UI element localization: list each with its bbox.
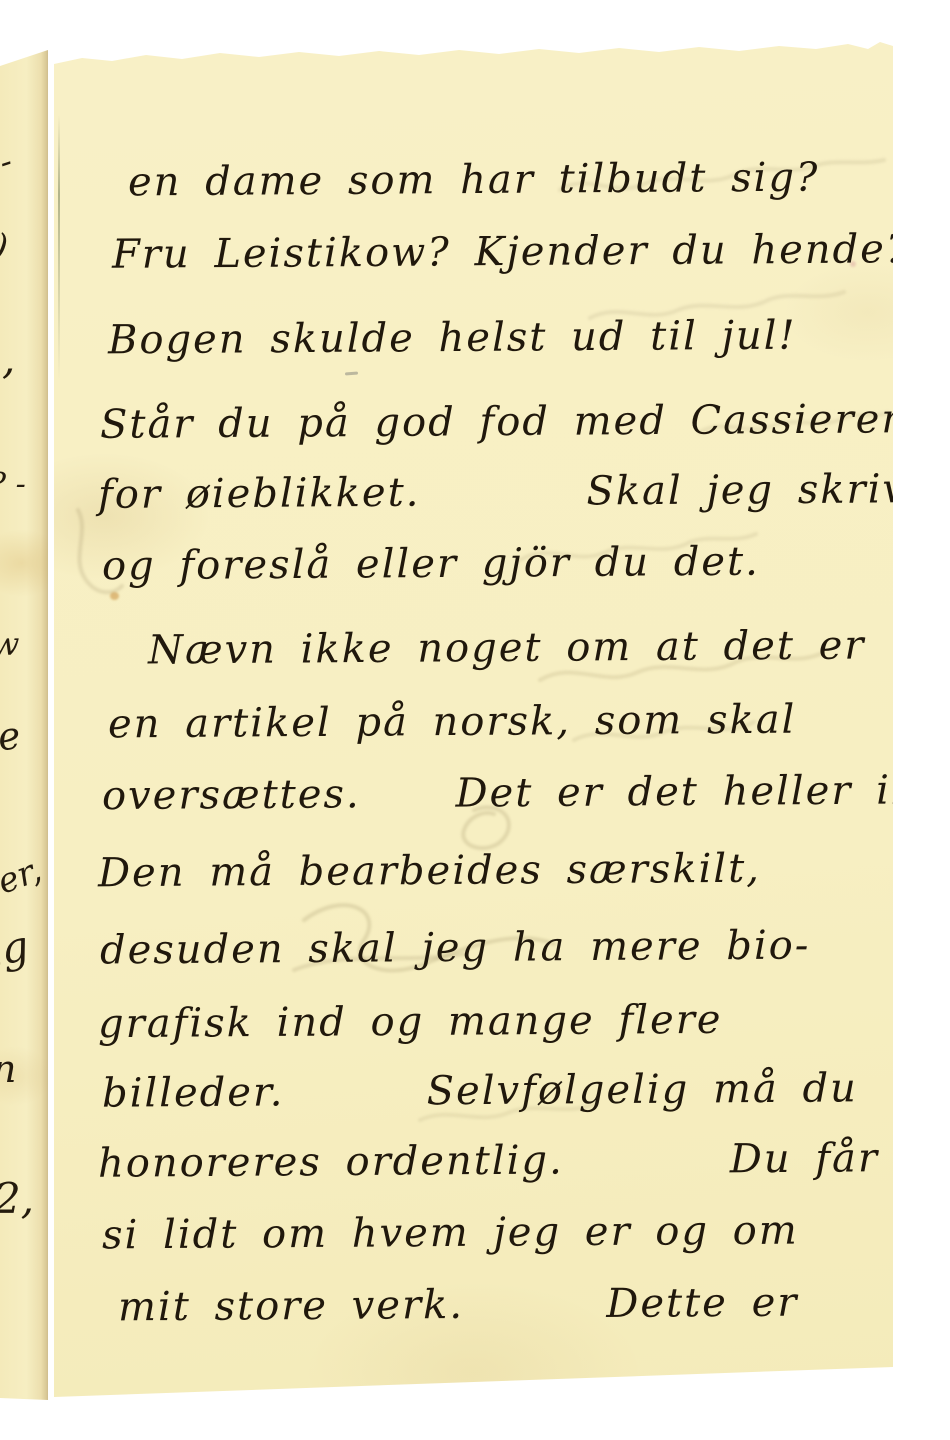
handwriting-line: og foreslå eller gjör du det. [102,540,760,589]
margin-ink-fragment: ig [0,925,32,973]
rust-stain [110,592,119,600]
handwriting-line: mit store verk. Dette er [118,1281,799,1330]
margin-ink-fragment: w [0,628,19,660]
handwriting-line: Fru Leistikow? Kjender du hende? [112,227,910,277]
handwriting-line: en artikel på norsk, som skal [108,698,797,747]
handwriting-line: for øieblikket. Skal jeg skrive [98,467,933,517]
handwriting-line: billeder. Selvfølgelig må du [102,1066,858,1115]
margin-ink-fragment: rer, [0,853,46,905]
handwriting-line: Nævn ikke noget om at det er [148,623,866,672]
handwriting-line: oversættes. Det er det heller ikke. [102,768,950,818]
handwriting-line: honoreres ordentlig. Du får [98,1136,879,1185]
margin-ink-fragment: je [0,716,23,758]
margin-ink-fragment: ? - [0,470,26,500]
scanned-letter: - ) , ? - w je rer, ig n 2, [0,0,950,1440]
margin-ink-fragment: n [0,1050,16,1088]
handwriting-line: desuden skal jeg ha mere bio- [100,924,811,973]
handwriting-line: Den må bearbeides særskilt, [98,847,761,896]
adjacent-page-edge: - ) , ? - w je rer, ig n 2, [0,50,48,1400]
margin-ink-fragment: , [2,338,15,380]
margin-ink-fragment: ) [0,229,10,265]
margin-ink-fragment: - [0,144,16,180]
paper-crease [58,115,60,380]
handwriting-line: Bogen skulde helst ud til jul! [108,314,797,363]
handwriting-line: en dame som har tilbudt sig? [128,156,820,205]
margin-ink-fragment: 2, [0,1178,34,1220]
pencil-dash [345,372,358,376]
handwriting-line: grafisk ind og mange flere [98,998,723,1046]
handwriting-line: si lidt om hvem jeg er og om [102,1209,799,1258]
handwriting-line: Står du på god fod med Cassierer? [100,397,926,447]
letter-page: en dame som har tilbudt sig? Fru Leistik… [54,40,893,1400]
